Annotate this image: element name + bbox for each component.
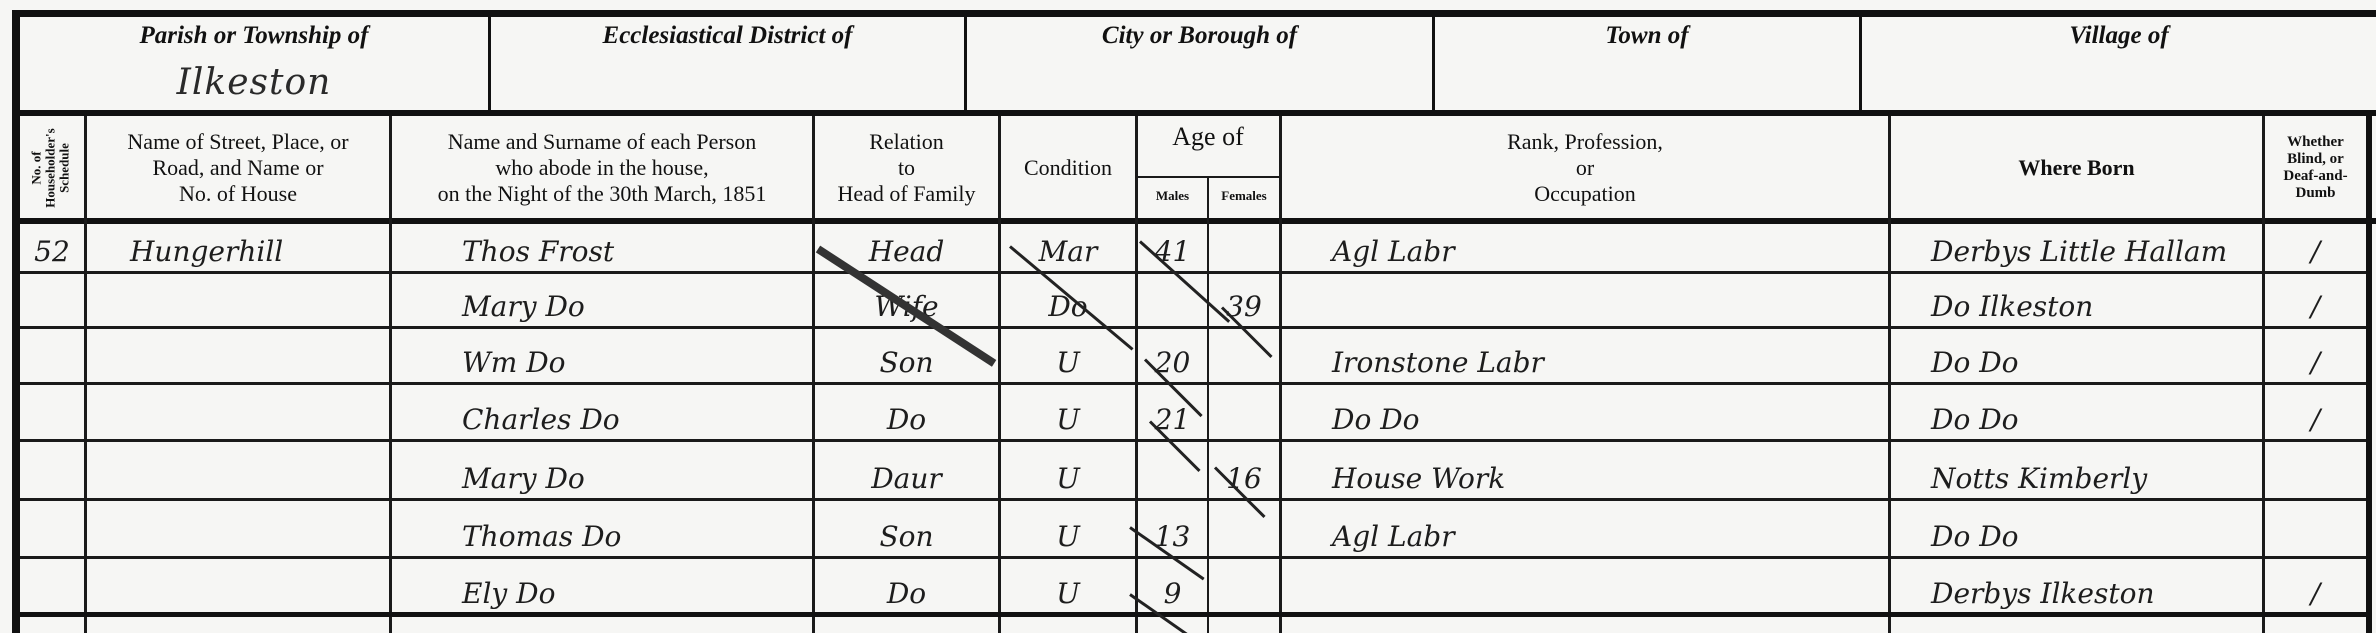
ecclesiastical-field: Ecclesiastical District of [491,14,964,112]
females-header: Females [1209,188,1279,204]
occupation: Do Do [1282,390,1888,440]
relation: Do [815,564,998,614]
person-name: Thomas Do [392,507,812,557]
schedule-number: 52 [20,222,84,272]
condition: U [1001,564,1135,614]
blind-mark: / [2265,277,2366,327]
street-name: Hungerhill [90,222,389,272]
blind-mark: / [2265,564,2366,614]
condition-header: Condition [1001,116,1135,220]
person-name: Wm Do [392,333,812,383]
condition: U [1001,333,1135,383]
left-border-rule [12,10,20,633]
age-of-header: Age of [1136,122,1280,152]
parish-field: Parish or Township of Ilkeston [20,14,488,112]
occupation-header: Rank, Profession, or Occupation [1282,116,1888,220]
age-male: 20 [1138,333,1207,383]
condition: U [1001,507,1135,557]
occupation: Ironstone Labr [1282,333,1888,383]
occupation: Agl Labr [1282,507,1888,557]
age-male: 21 [1138,390,1207,440]
occupation: House Work [1282,449,1888,499]
age-male: 13 [1138,507,1207,557]
ecclesiastical-label: Ecclesiastical District of [491,22,964,50]
where-born: Derbys Ilkeston [1891,564,2262,614]
village-field: Village of [1862,14,2376,112]
age-female [1209,222,1279,272]
parish-label: Parish or Township of [20,22,488,50]
age-female [1209,564,1279,614]
blind-mark: / [2265,390,2366,440]
relation: Son [815,507,998,557]
age-of-divider [1138,176,1279,178]
person-name: Thos Frost [392,222,812,272]
town-field: Town of [1435,14,1859,112]
age-female [1209,333,1279,383]
blind-mark [2265,449,2366,499]
census-page: Parish or Township of Ilkeston Ecclesias… [0,0,2376,633]
age-male [1138,449,1207,499]
age-female: 39 [1209,277,1279,327]
blind-mark: / [2265,333,2366,383]
person-name: Charles Do [392,390,812,440]
where-born-header: Where Born [1891,116,2262,220]
condition: Do [1001,277,1135,327]
males-header: Males [1138,188,1207,204]
occupation [1282,277,1888,327]
relation: Do [815,390,998,440]
right-border-rule [2366,116,2372,633]
blind-header: Whether Blind, or Deaf-and- Dumb [2265,116,2366,220]
where-born: Notts Kimberly [1891,449,2262,499]
age-female [1209,390,1279,440]
schedule-header: No. of Householder's Schedule [16,116,86,220]
age-male [1138,277,1207,327]
age-female [1209,507,1279,557]
parish-value: Ilkeston [20,62,488,103]
blind-mark [2265,507,2366,557]
condition: U [1001,449,1135,499]
person-name: Mary Do [392,277,812,327]
condition: U [1001,390,1135,440]
where-born: Do Ilkeston [1891,277,2262,327]
where-born: Derbys Little Hallam [1891,222,2262,272]
person-name: Ely Do [392,564,812,614]
city-field: City or Borough of [967,14,1432,112]
street-header: Name of Street, Place, or Road, and Name… [87,116,389,220]
occupation: Agl Labr [1282,222,1888,272]
relation: Daur [815,449,998,499]
name-header: Name and Surname of each Person who abod… [392,116,812,220]
condition: Mar [1001,222,1135,272]
town-label: Town of [1435,22,1859,50]
person-name: Mary Do [392,449,812,499]
occupation [1282,564,1888,614]
where-born: Do Do [1891,507,2262,557]
where-born: Do Do [1891,333,2262,383]
city-label: City or Borough of [967,22,1432,50]
relation: Son [815,333,998,383]
where-born: Do Do [1891,390,2262,440]
blind-mark: / [2265,222,2366,272]
village-label: Village of [1862,22,2376,50]
relation-header: Relation to Head of Family [815,116,998,220]
